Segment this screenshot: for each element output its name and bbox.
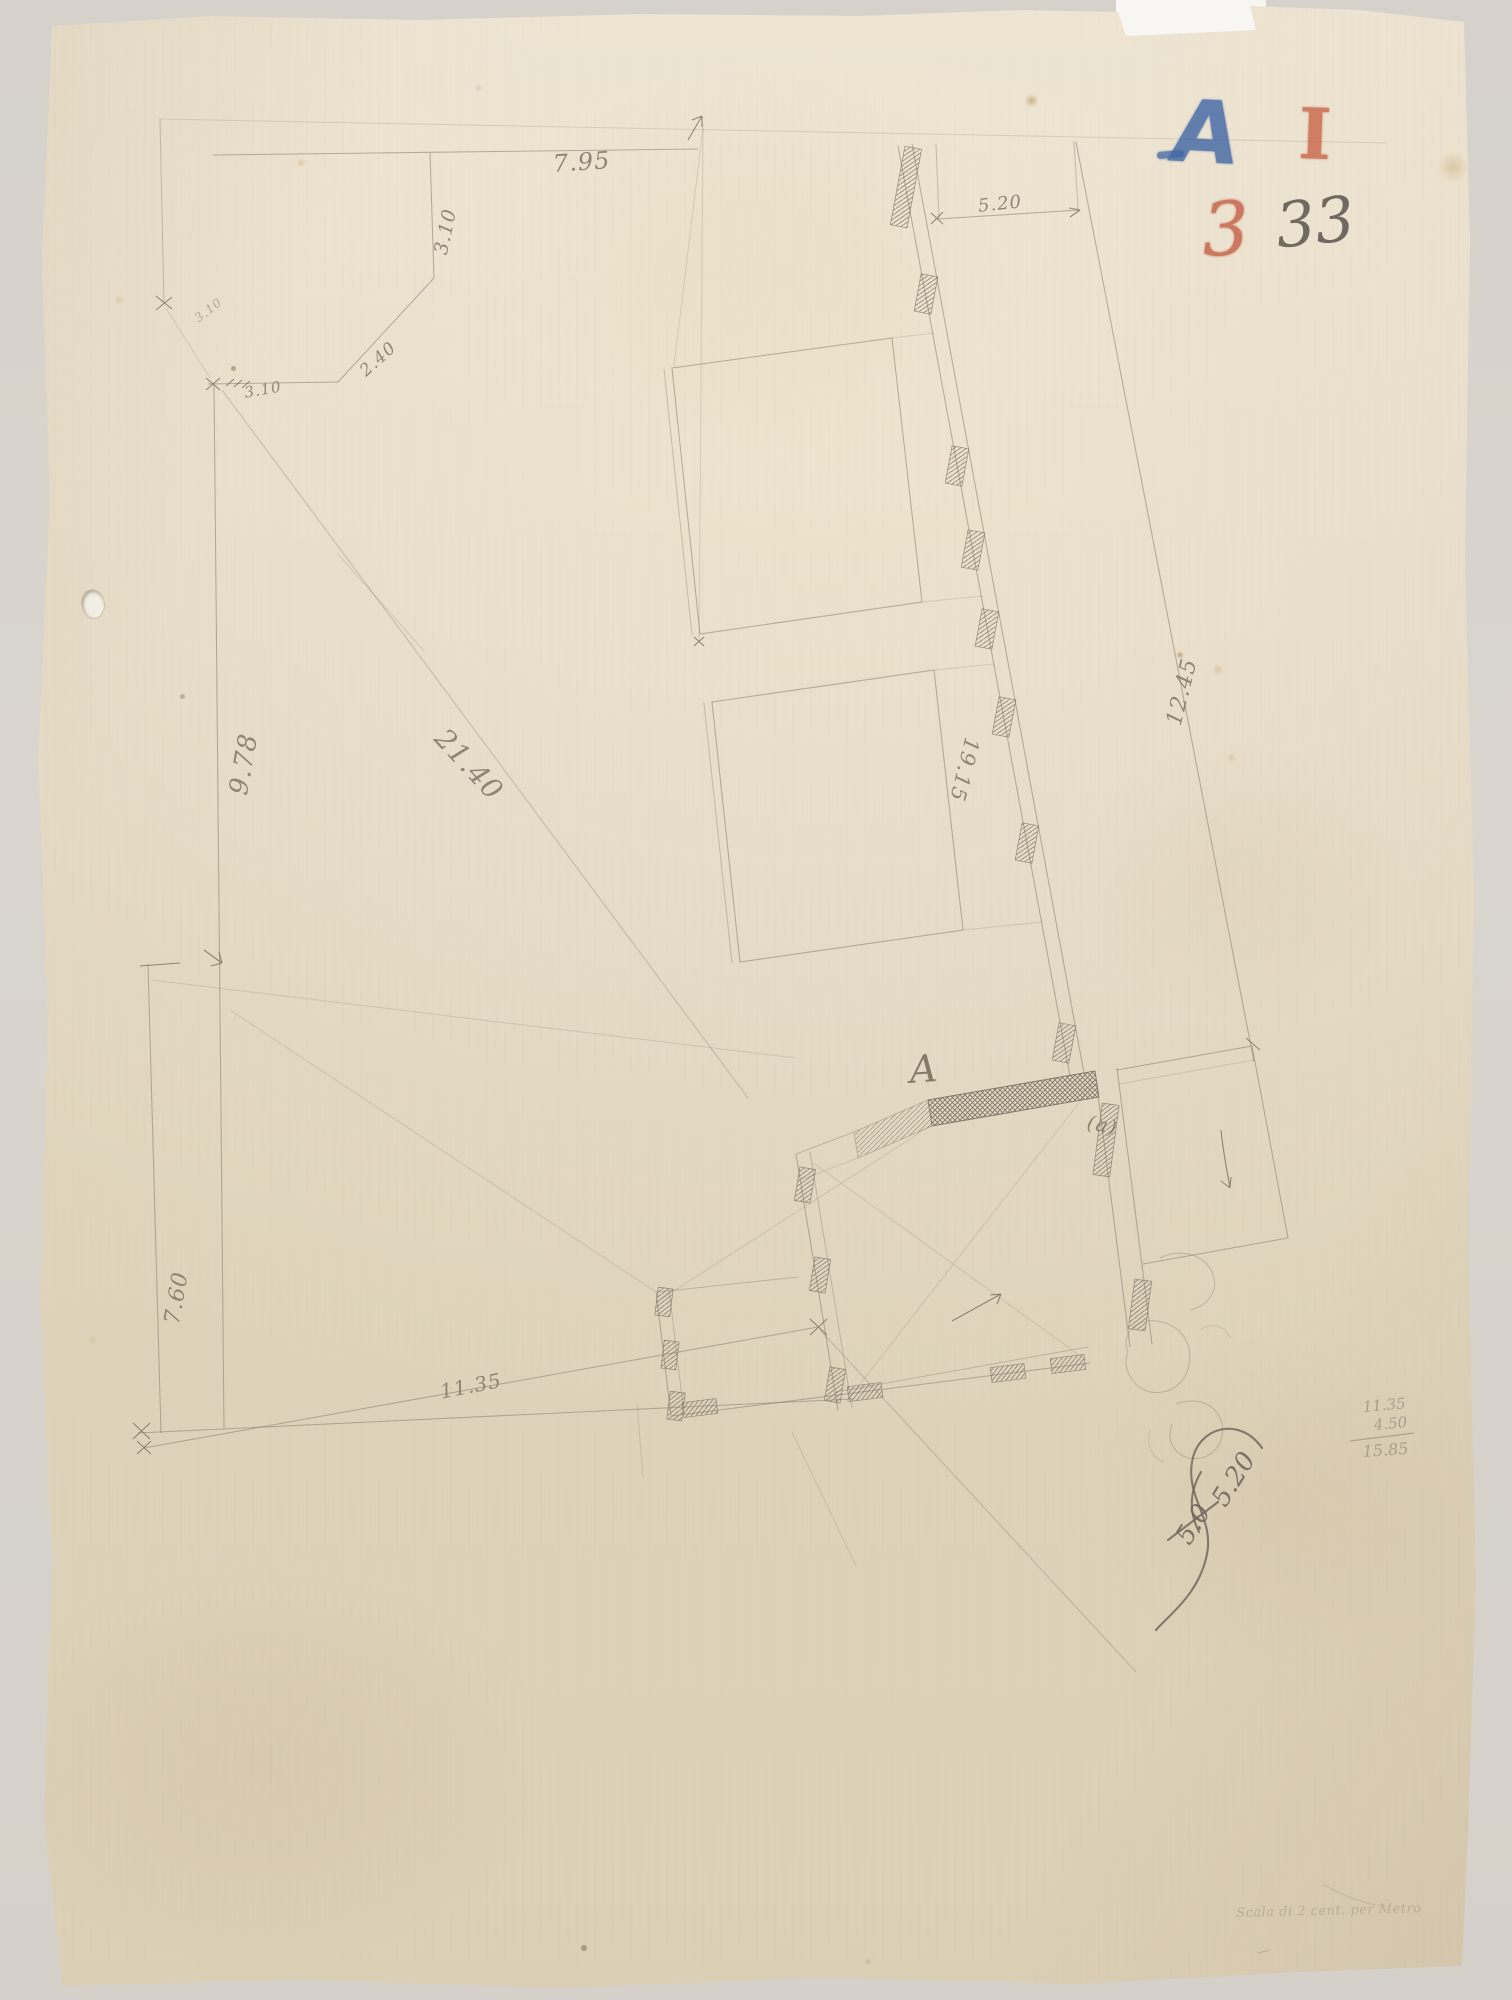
arrow-up-icon (688, 116, 702, 140)
room-label-main: A (908, 1046, 939, 1092)
red-roman-numeral-mark: I (1297, 92, 1333, 176)
room-right (1117, 1038, 1288, 1264)
pencil-number-mark: 33 (1272, 182, 1358, 263)
room-upper (664, 128, 983, 635)
paper-sheet: 7.95 5.20 3.10 2.40 3.10 3.10 9.78 21.40… (0, 0, 1512, 2000)
gallery-wing-walls (890, 142, 1254, 1076)
arrow-up-right-icon (952, 1294, 1001, 1321)
lower-construction-lines (637, 1330, 1136, 1672)
scanned-sheet-stage: 7.95 5.20 3.10 2.40 3.10 3.10 9.78 21.40… (0, 0, 1512, 2000)
red-number-mark: 3 (1200, 186, 1252, 274)
diagonal-construction-lines (222, 390, 748, 1098)
sum-total: 15.85 (1362, 1439, 1409, 1461)
sum-addend-2: 4.50 (1373, 1413, 1408, 1434)
room-middle (704, 664, 1043, 963)
room-lower-left (655, 1277, 798, 1421)
central-block (660, 1068, 1152, 1418)
dimension-label-top-width: 7.95 (552, 146, 611, 178)
plan-drawing (0, 0, 1512, 2000)
arrow-down-icon (1221, 1130, 1231, 1188)
